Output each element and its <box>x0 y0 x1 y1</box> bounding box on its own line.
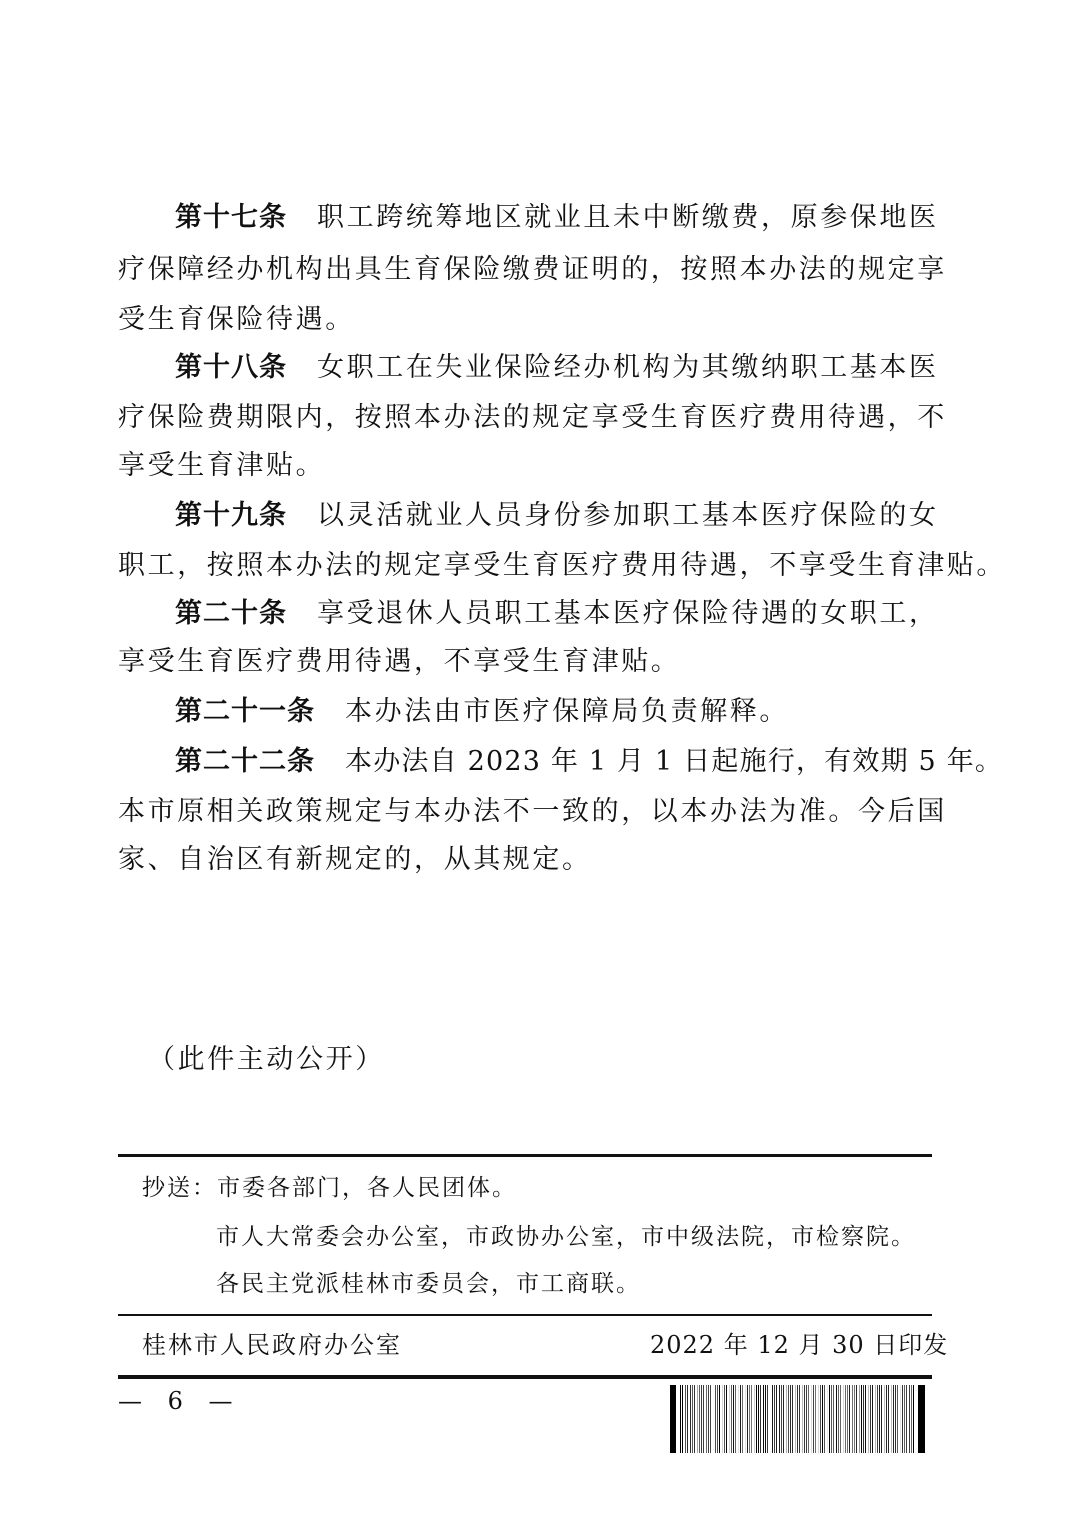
cc-label: 抄送： <box>142 1175 217 1201</box>
article-20-line-1: 第二十条享受退休人员职工基本医疗保险待遇的女职工， <box>175 596 989 632</box>
article-18-line-1: 第十八条女职工在失业保险经办机构为其缴纳职工基本医 <box>175 350 989 386</box>
cc-line-3: 各民主党派桂林市委员会，市工商联。 <box>216 1269 641 1299</box>
article-20-label: 第二十条 <box>175 598 287 629</box>
page-number: — 6 — <box>118 1386 235 1416</box>
article-18-label: 第十八条 <box>175 352 287 383</box>
article-17-label: 第十七条 <box>175 202 287 233</box>
article-21-line-1: 第二十一条本办法由市医疗保障局负责解释。 <box>175 694 989 730</box>
article-18-line-3: 享受生育津贴。 <box>118 448 932 484</box>
article-19-line-2: 职工，按照本办法的规定享受生育医疗费用待遇，不享受生育津贴。 <box>118 548 932 584</box>
article-22-line-3: 家、自治区有新规定的，从其规定。 <box>118 842 932 878</box>
article-22-label: 第二十二条 <box>175 746 315 777</box>
issuer: 桂林市人民政府办公室 <box>142 1330 402 1360</box>
article-17-line-2: 疗保障经办机构出具生育保险缴费证明的，按照本办法的规定享 <box>118 252 932 288</box>
article-20-line-2: 享受生育医疗费用待遇，不享受生育津贴。 <box>118 644 932 680</box>
cc-line-1: 抄送：市委各部门，各人民团体。 <box>142 1173 517 1203</box>
article-19-label: 第十九条 <box>175 500 287 531</box>
issuer-bottom-rule <box>118 1375 932 1379</box>
issuer-top-rule <box>118 1314 932 1316</box>
article-18-line-2: 疗保险费期限内，按照本办法的规定享受生育医疗费用待遇，不 <box>118 400 932 436</box>
article-21-label: 第二十一条 <box>175 696 315 727</box>
barcode-icon <box>670 1385 925 1453</box>
cc-line-2: 市人大常委会办公室，市政协办公室，市中级法院，市检察院。 <box>216 1222 916 1252</box>
disclosure-note: （此件主动公开） <box>148 1042 962 1078</box>
article-22-line-2: 本市原相关政策规定与本办法不一致的，以本办法为准。今后国 <box>118 794 932 830</box>
article-19-line-1: 第十九条以灵活就业人员身份参加职工基本医疗保险的女 <box>175 498 989 534</box>
article-17-line-3: 受生育保险待遇。 <box>118 302 932 338</box>
article-17-line-1: 第十七条职工跨统筹地区就业且未中断缴费，原参保地医 <box>175 200 989 236</box>
article-22-line-1: 第二十二条本办法自 2023 年 1 月 1 日起施行，有效期 5 年。 <box>175 744 989 780</box>
issue-date: 2022 年 12 月 30 日印发 <box>650 1330 948 1360</box>
cc-top-rule <box>118 1154 932 1157</box>
